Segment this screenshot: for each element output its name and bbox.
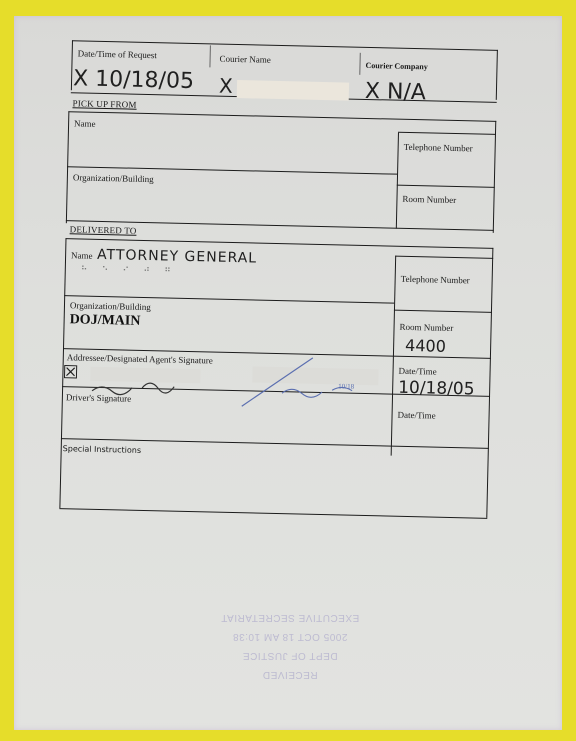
signature-date-value: 10/18/05 [398, 378, 475, 400]
pickup-name-label: Name [74, 118, 96, 128]
date-time-request-label: Date/Time of Request [78, 48, 157, 60]
stamp-line-dept: DEPT OF JUSTICE [220, 646, 360, 665]
stamp-line-received: RECEIVED [220, 665, 360, 684]
driver-date-label: Date/Time [397, 410, 435, 421]
stamp-line-secretariat: EXECUTIVE SECRETARIAT [220, 608, 360, 627]
pickup-room-label: Room Number [402, 194, 456, 205]
delivery-telephone-label: Telephone Number [401, 274, 470, 286]
delivery-organization-value: DOJ/MAIN [69, 312, 140, 330]
driver-signature-label: Driver's Signature [66, 392, 132, 403]
courier-form: Date/Time of Request Courier Name Courie… [49, 40, 502, 540]
received-stamp-bleedthrough: RECEIVED DEPT OF JUSTICE 2005 OCT 18 AM … [220, 608, 360, 684]
signature-checkmark: ☒ [62, 362, 79, 383]
driver-initial-date: 10/18 [338, 382, 354, 390]
pickup-telephone-label: Telephone Number [404, 142, 473, 154]
delivery-room-value: 4400 [405, 336, 446, 356]
special-instructions-label: Special Instructions [63, 444, 142, 455]
delivered-to-heading: DELIVERED TO [70, 224, 137, 236]
delivery-name-label: Name [71, 250, 93, 260]
braille-marks: ⠓ ⠑ ⠊ ⠚ ⠛ [81, 265, 177, 278]
signature-scribble [82, 341, 384, 418]
courier-name-label: Courier Name [220, 54, 271, 65]
pickup-organization-label: Organization/Building [73, 172, 154, 184]
delivery-organization-label: Organization/Building [70, 300, 151, 312]
pick-up-from-heading: PICK UP FROM [72, 98, 136, 109]
courier-company-label: Courier Company [365, 61, 427, 71]
signature-date-label: Date/Time [398, 366, 436, 377]
date-time-request-value: X 10/18/05 [73, 66, 194, 94]
courier-name-value: X [219, 74, 233, 98]
courier-name-redaction [237, 80, 349, 101]
delivery-room-label: Room Number [399, 322, 453, 333]
delivery-name-value: ATTORNEY GENERAL [97, 247, 257, 267]
stamp-line-date: 2005 OCT 18 AM 10:38 [220, 627, 360, 646]
courier-company-value: X N/A [365, 79, 427, 105]
